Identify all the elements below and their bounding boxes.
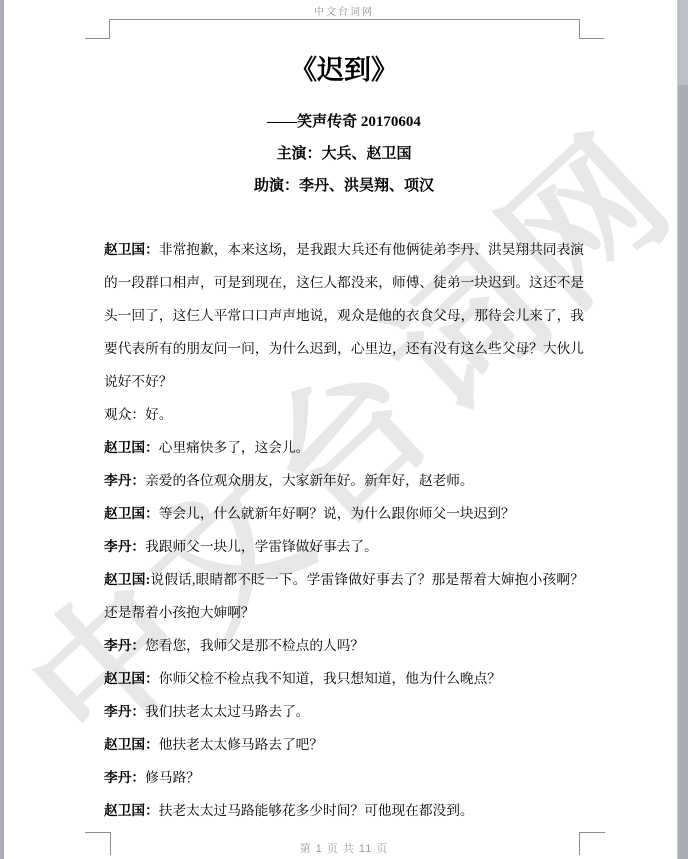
- dialogue-line: 赵卫国：他扶老太太修马路去了吧？: [104, 728, 584, 761]
- dialogue-line: 赵卫国：非常抱歉，本来这场，是我跟大兵还有他俩徒弟李丹、洪昊翔共同表演的一段群口…: [104, 233, 584, 398]
- dialogue-line: 李丹：我跟师父一块儿，学雷锋做好事去了。: [104, 530, 584, 563]
- speaker-name: 赵卫国：: [104, 242, 159, 257]
- page-footer: 第 1 页 共 11 页: [0, 840, 688, 856]
- speaker-name: 李丹：: [104, 539, 145, 554]
- document-body: 《迟到》 ——笑声传奇 20170604 主演：大兵、赵卫国 助演：李丹、洪昊翔…: [0, 0, 688, 859]
- dialogue-line: 赵卫国：心里痛快多了，这会儿。: [104, 431, 584, 464]
- dialogue-line: 李丹：亲爱的各位观众朋友，大家新年好。新年好，赵老师。: [104, 464, 584, 497]
- speaker-name: 观众：: [104, 407, 145, 422]
- dialogue-line: 李丹：修马路？: [104, 761, 584, 794]
- dialogue-line: 赵卫国：扶老太太过马路能够花多少时间？可他现在都没到。: [104, 794, 584, 827]
- dialogue-line: 李丹：您看您，我师父是那不检点的人吗？: [104, 629, 584, 662]
- speaker-name: 赵卫国:: [104, 572, 150, 587]
- dialogue-line: 观众：好。: [104, 398, 584, 431]
- speaker-name: 赵卫国：: [104, 803, 159, 818]
- speaker-name: 赵卫国：: [104, 506, 159, 521]
- dialogue-line: 李丹：我们扶老太太过马路去了。: [104, 695, 584, 728]
- speaker-name: 李丹：: [104, 704, 145, 719]
- dialogue-line: 赵卫国：等会儿，什么就新年好啊？说，为什么跟你师父一块迟到？: [104, 497, 584, 530]
- dialogue: 赵卫国：非常抱歉，本来这场，是我跟大兵还有他俩徒弟李丹、洪昊翔共同表演的一段群口…: [104, 233, 584, 827]
- page-header: 中文台词网: [0, 3, 688, 18]
- cast-line-main: 主演：大兵、赵卫国: [0, 142, 688, 163]
- speaker-name: 赵卫国：: [104, 440, 159, 455]
- speaker-name: 李丹：: [104, 473, 145, 488]
- dialogue-line: 赵卫国:说假话,眼睛都不眨一下。学雷锋做好事去了？那是帮着大婶抱小孩啊？还是帮着…: [104, 563, 584, 629]
- script-subtitle: ——笑声传奇 20170604: [0, 110, 688, 131]
- speaker-name: 赵卫国：: [104, 671, 159, 686]
- speaker-name: 赵卫国：: [104, 737, 159, 752]
- script-title: 《迟到》: [0, 48, 688, 87]
- cast-line-support: 助演：李丹、洪昊翔、项汉: [0, 174, 688, 195]
- dialogue-line: 赵卫国：你师父检不检点我不知道，我只想知道，他为什么晚点？: [104, 662, 584, 695]
- speaker-name: 李丹：: [104, 770, 145, 785]
- speaker-name: 李丹：: [104, 638, 145, 653]
- document-page: 中文台词网 中文台词网 《迟到》 ——笑声传奇 20170604 主演：大兵、赵…: [0, 0, 688, 859]
